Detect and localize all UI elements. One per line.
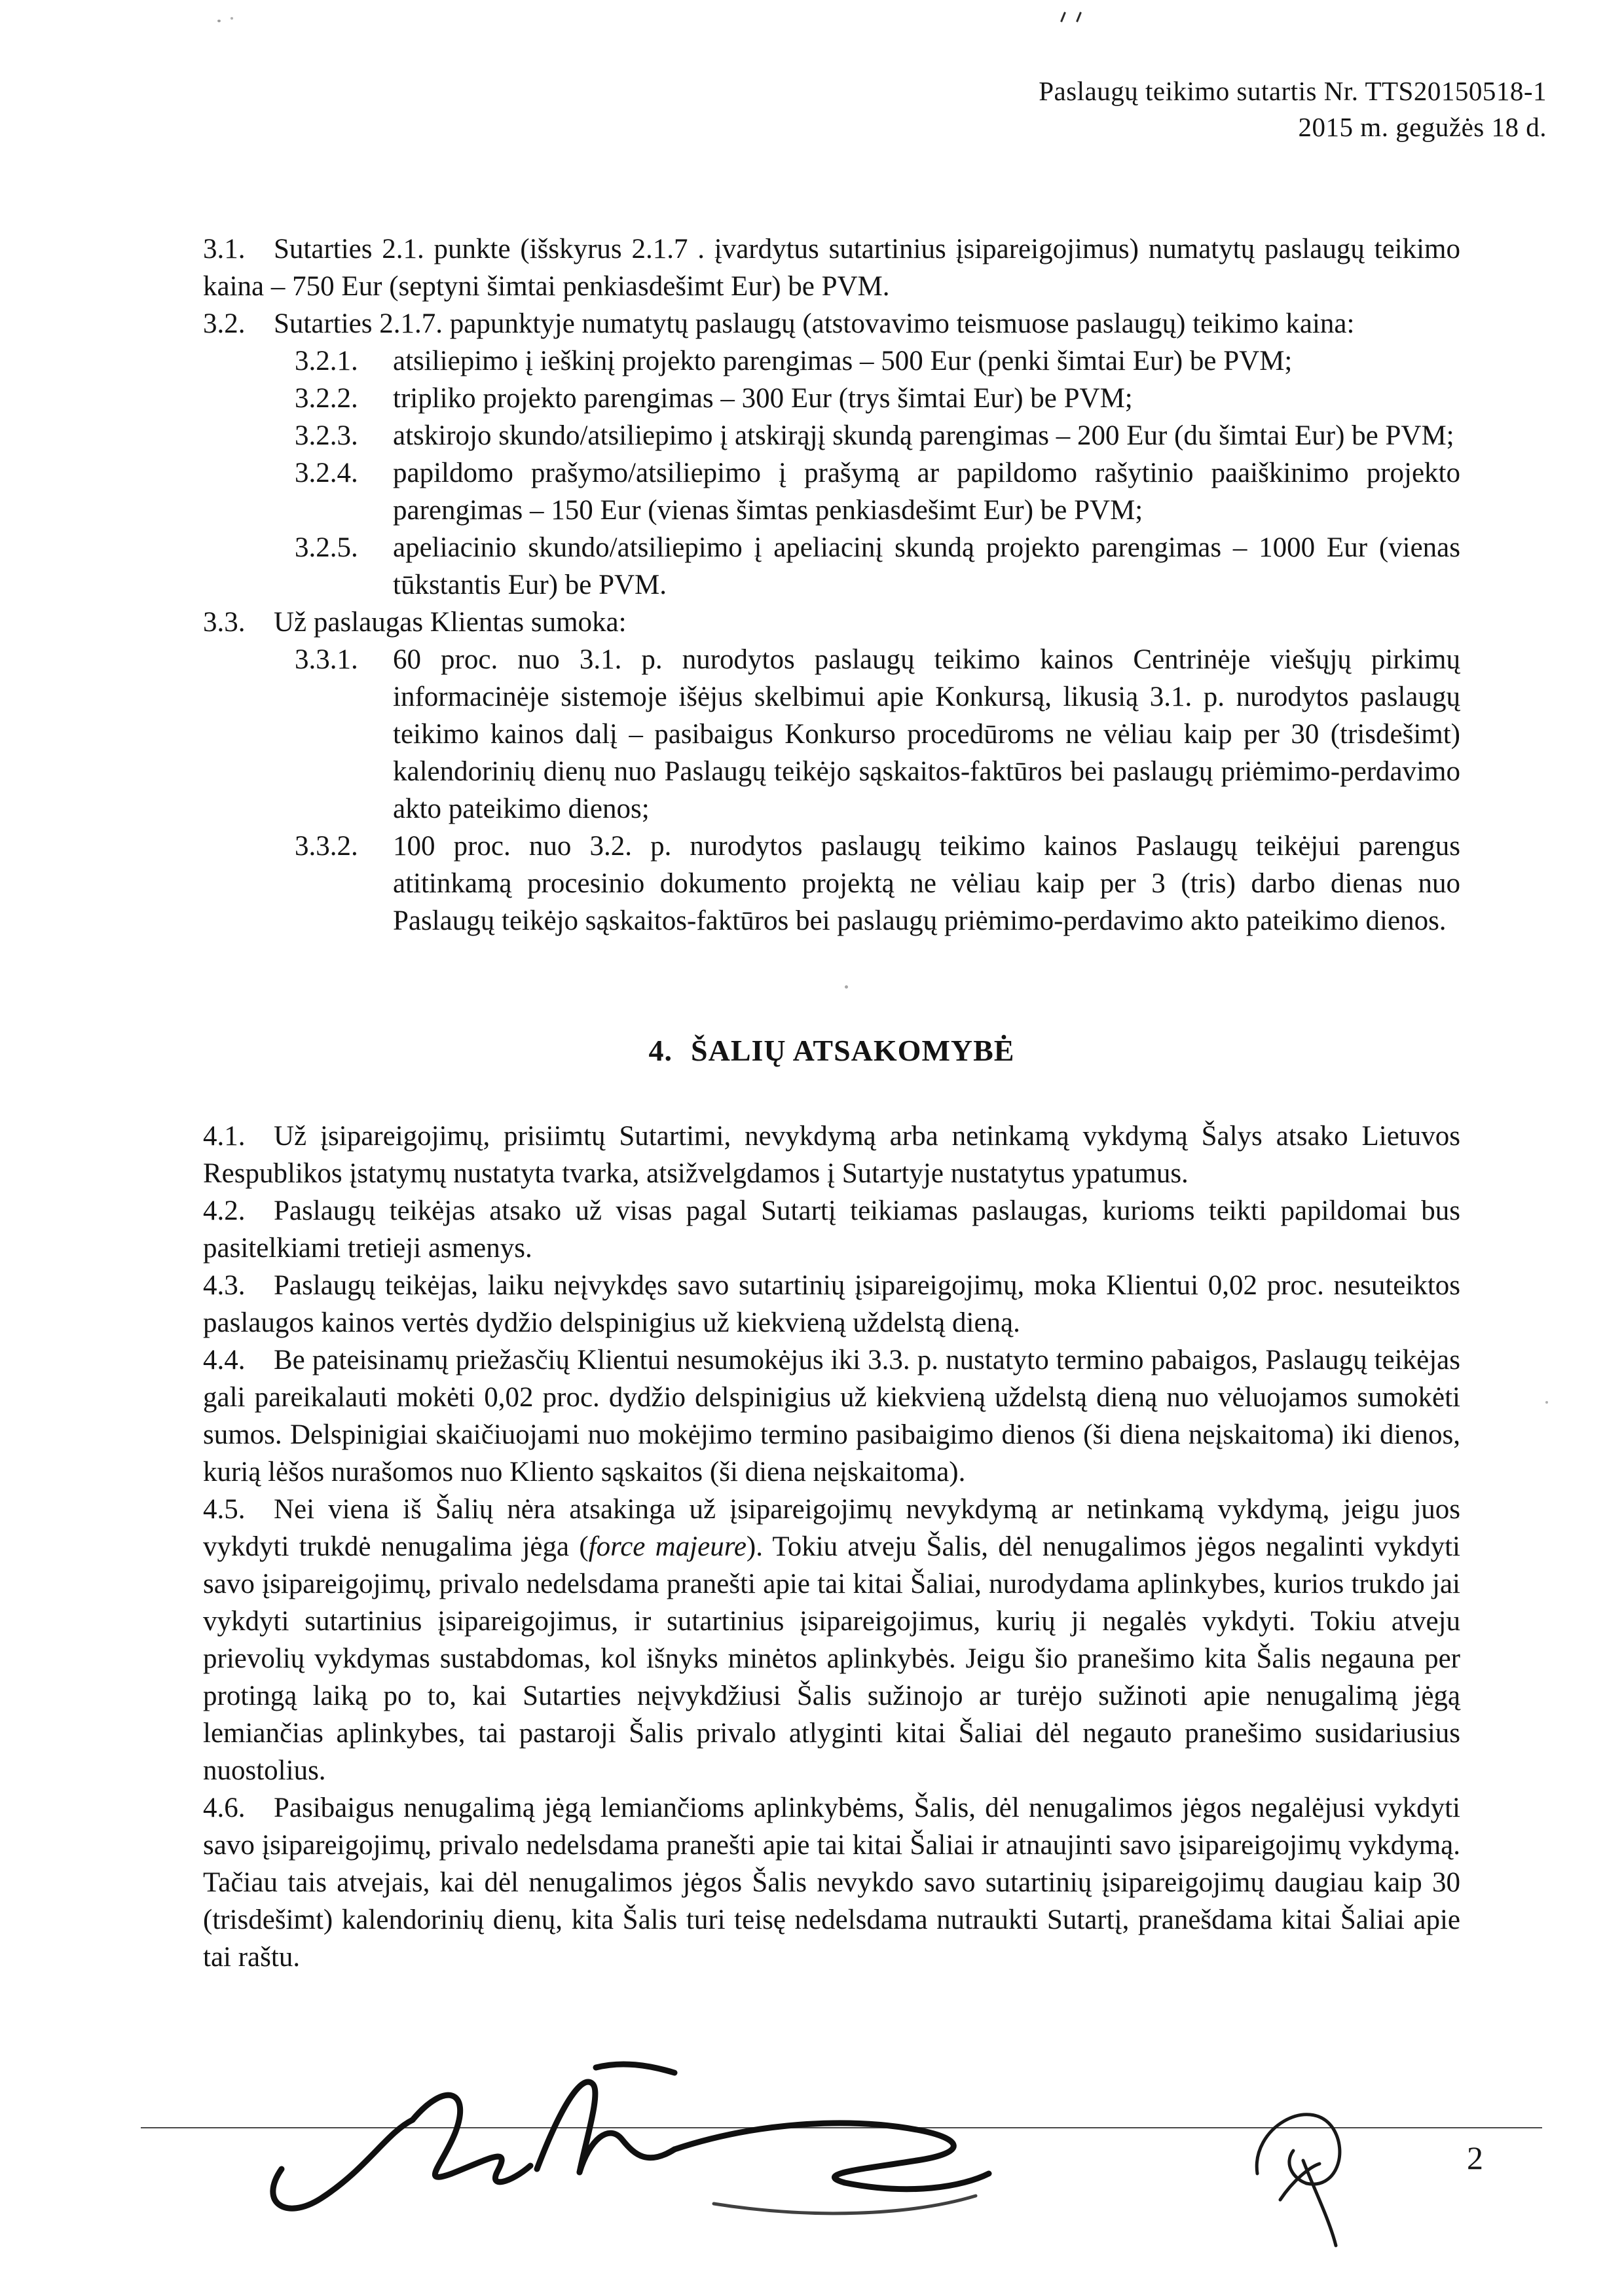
clause-number: 3.3. [203, 604, 274, 641]
clause-4-4: 4.4.Be pateisinamų priežasčių Klientui n… [203, 1341, 1460, 1491]
handwritten-signature [255, 2061, 1008, 2231]
clause-text: Už įsipareigojimų, prisiimtų Sutartimi, … [203, 1121, 1460, 1189]
page-number: 2 [1467, 2140, 1483, 2176]
clause-text: papildomo prašymo/atsiliepimo į prašymą … [393, 454, 1460, 529]
clause-number: 4.6. [203, 1789, 274, 1827]
clause-number: 3.3.2. [295, 828, 393, 939]
scan-speckle [217, 20, 221, 22]
clause-text: 100 proc. nuo 3.2. p. nurodytos paslaugų… [393, 828, 1460, 939]
clause-4-3: 4.3.Paslaugų teikėjas, laiku neįvykdęs s… [203, 1267, 1460, 1341]
clause-number: 4.4. [203, 1341, 274, 1379]
clause-text-italic: force majeure [589, 1531, 747, 1562]
clause-number: 4.1. [203, 1118, 274, 1155]
clause-4-1: 4.1.Už įsipareigojimų, prisiimtų Sutarti… [203, 1118, 1460, 1192]
clause-text: Paslaugų teikėjas, laiku neįvykdęs savo … [203, 1270, 1460, 1338]
clause-text: atskirojo skundo/atsiliepimo į atskirąjį… [393, 417, 1460, 454]
clause-3-3-2: 3.3.2. 100 proc. nuo 3.2. p. nurodytos p… [203, 828, 1460, 939]
clause-number: 4.2. [203, 1192, 274, 1230]
clause-3-2-3: 3.2.3. atskirojo skundo/atsiliepimo į at… [203, 417, 1460, 454]
clause-number: 3.2.1. [295, 342, 393, 380]
clause-number: 3.2. [203, 305, 274, 342]
clause-4-2: 4.2.Paslaugų teikėjas atsako už visas pa… [203, 1192, 1460, 1267]
scan-speckle [1060, 12, 1066, 22]
section-title: ŠALIŲ ATSAKOMYBĖ [691, 1034, 1014, 1067]
scan-speckle [1076, 12, 1082, 22]
clause-3-2-4: 3.2.4. papildomo prašymo/atsiliepimo į p… [203, 454, 1460, 529]
clause-4-6: 4.6.Pasibaigus nenugalimą jėgą lemiančio… [203, 1789, 1460, 1976]
clause-text: Be pateisinamų priežasčių Klientui nesum… [203, 1345, 1460, 1487]
pen-mark [1231, 2082, 1369, 2252]
clause-number: 3.2.5. [295, 529, 393, 604]
clause-3-2-2: 3.2.2. tripliko projekto parengimas – 30… [203, 380, 1460, 417]
clause-3-1: 3.1.Sutarties 2.1. punkte (išskyrus 2.1.… [203, 230, 1460, 305]
clause-number: 3.3.1. [295, 641, 393, 828]
clause-number: 3.2.2. [295, 380, 393, 417]
clause-text: apeliacinio skundo/atsiliepimo į apeliac… [393, 529, 1460, 604]
clause-text: tripliko projekto parengimas – 300 Eur (… [393, 380, 1460, 417]
clause-3-3-1: 3.3.1. 60 proc. nuo 3.1. p. nurodytos pa… [203, 641, 1460, 828]
clause-text-post: ). Tokiu atveju Šalis, dėl nenugalimos j… [203, 1531, 1460, 1786]
clause-text: atsiliepimo į ieškinį projekto parengima… [393, 342, 1460, 380]
clause-3-2: 3.2.Sutarties 2.1.7. papunktyje numatytų… [203, 305, 1460, 342]
clause-number: 3.2.3. [295, 417, 393, 454]
clause-number: 4.5. [203, 1491, 274, 1528]
scan-speckle [1545, 1401, 1548, 1404]
clause-3-2-5: 3.2.5. apeliacinio skundo/atsiliepimo į … [203, 529, 1460, 604]
document-page: Paslaugų teikimo sutartis Nr. TTS2015051… [0, 0, 1624, 2296]
clause-text: 60 proc. nuo 3.1. p. nurodytos paslaugų … [393, 641, 1460, 828]
clause-number: 3.1. [203, 230, 274, 268]
clause-text: Pasibaigus nenugalimą jėgą lemiančioms a… [203, 1793, 1460, 1973]
contract-date-line: 2015 m. gegužės 18 d. [1039, 109, 1547, 145]
section-4-heading: 4.ŠALIŲ ATSAKOMYBĖ [203, 1031, 1460, 1070]
clause-text: Už paslaugas Klientas sumoka: [274, 607, 627, 638]
clause-3-3: 3.3.Už paslaugas Klientas sumoka: [203, 604, 1460, 641]
clause-text: Sutarties 2.1. punkte (išskyrus 2.1.7 . … [203, 234, 1460, 302]
document-header: Paslaugų teikimo sutartis Nr. TTS2015051… [1039, 73, 1547, 145]
clause-text: Paslaugų teikėjas atsako už visas pagal … [203, 1195, 1460, 1264]
contract-number-line: Paslaugų teikimo sutartis Nr. TTS2015051… [1039, 73, 1547, 109]
document-body: 3.1.Sutarties 2.1. punkte (išskyrus 2.1.… [203, 230, 1460, 1976]
section-number: 4. [649, 1034, 673, 1067]
clause-number: 4.3. [203, 1267, 274, 1304]
clause-4-5: 4.5.Nei viena iš Šalių nėra atsakinga už… [203, 1491, 1460, 1789]
clause-text: Sutarties 2.1.7. papunktyje numatytų pas… [274, 308, 1354, 339]
clause-3-2-1: 3.2.1. atsiliepimo į ieškinį projekto pa… [203, 342, 1460, 380]
scan-speckle [231, 17, 233, 20]
scan-speckle [845, 985, 848, 989]
clause-number: 3.2.4. [295, 454, 393, 529]
